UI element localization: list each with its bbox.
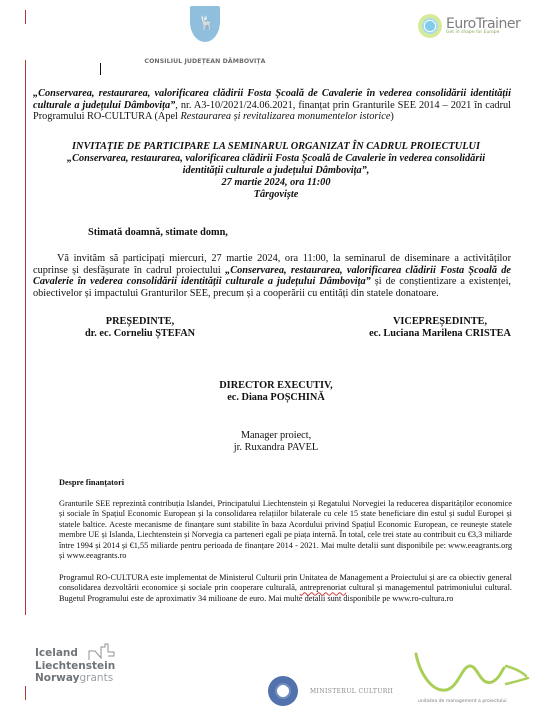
eurotrainer-logo: EuroTrainer Get in shape for Europe	[418, 14, 520, 38]
deer-shield-icon	[190, 6, 220, 42]
eea-line-3b: grants	[80, 672, 114, 684]
project-manager-signature: Manager proiect, jr. Ruxandra PAVEL	[196, 430, 356, 453]
ump-logo: unitatea de management a proiectului	[406, 652, 536, 704]
executive-director-signature: DIRECTOR EXECUTIV, ec. Diana POȘCHINĂ	[176, 380, 376, 403]
invitation-heading: INVITAȚIE DE PARTICIPARE LA SEMINARUL OR…	[33, 141, 519, 153]
intro-text-end: )	[390, 111, 393, 122]
sun-circle-icon	[418, 14, 442, 38]
intro-paragraph: „Conservarea, restaurarea, valorificarea…	[33, 88, 511, 123]
about-paragraph-1: Granturile SEE reprezintă contribuția Is…	[59, 499, 512, 561]
president-signature: PREȘEDINTE, dr. ec. Corneliu ȘTEFAN	[60, 316, 220, 339]
ump-name: unitatea de management a proiectului	[418, 699, 536, 704]
ministry-name: MINISTERUL CULTURII	[310, 688, 393, 695]
county-council-name: CONSILIUL JUDEȚEAN DÂMBOVIȚA	[130, 58, 280, 65]
county-council-logo: CONSILIUL JUDEȚEAN DÂMBOVIȚA	[130, 6, 280, 65]
vice-president-title: VICEPREȘEDINTE,	[345, 316, 535, 328]
executive-director-title: DIRECTOR EXECUTIV,	[176, 380, 376, 392]
president-title: PREȘEDINTE,	[60, 316, 220, 328]
margin-line-main	[25, 60, 26, 615]
invitation-location: Târgoviște	[33, 189, 519, 201]
eea-grants-buildings-icon	[88, 643, 116, 661]
ministry-of-culture-logo: MINISTERUL CULTURII	[268, 676, 393, 706]
call-name: Restaurarea și revitalizarea monumentelo…	[181, 111, 391, 122]
margin-line-top	[25, 10, 26, 24]
about-heading: Despre finanțatori	[59, 478, 124, 488]
invitation-project-line-1: „Conservarea, restaurarea, valorificarea…	[33, 153, 519, 165]
president-name: dr. ec. Corneliu ȘTEFAN	[60, 328, 220, 340]
salutation: Stimată doamnă, stimate domn,	[88, 227, 228, 238]
eea-grants-logo: Iceland Liechtenstein Norwaygrants	[35, 647, 115, 685]
vice-president-name: ec. Luciana Marilena CRISTEA	[345, 328, 535, 340]
ump-wave-icon	[406, 652, 536, 696]
vice-president-signature: VICEPREȘEDINTE, ec. Luciana Marilena CRI…	[345, 316, 535, 339]
about-paragraph-2: Programul RO-CULTURA este implementat de…	[59, 573, 512, 604]
eurotrainer-name: EuroTrainer	[446, 17, 520, 31]
invitation-date: 27 martie 2024, ora 11:00	[33, 177, 519, 189]
project-manager-title: Manager proiect,	[196, 430, 356, 442]
invitation-project-line-2: identității culturale a județului Dâmbov…	[33, 165, 519, 177]
margin-line-bottom	[25, 686, 26, 700]
romanian-government-seal-icon	[268, 676, 298, 706]
text-cursor	[100, 63, 101, 75]
eea-line-3a: Norway	[35, 672, 80, 684]
executive-director-name: ec. Diana POȘCHINĂ	[176, 392, 376, 404]
eea-line-2: Liechtenstein	[35, 660, 115, 673]
spellcheck-flagged-word: antreprenoriat	[300, 583, 347, 592]
project-manager-name: jr. Ruxandra PAVEL	[196, 442, 356, 454]
body-paragraph: Vă invităm să participați miercuri, 27 m…	[33, 253, 511, 300]
